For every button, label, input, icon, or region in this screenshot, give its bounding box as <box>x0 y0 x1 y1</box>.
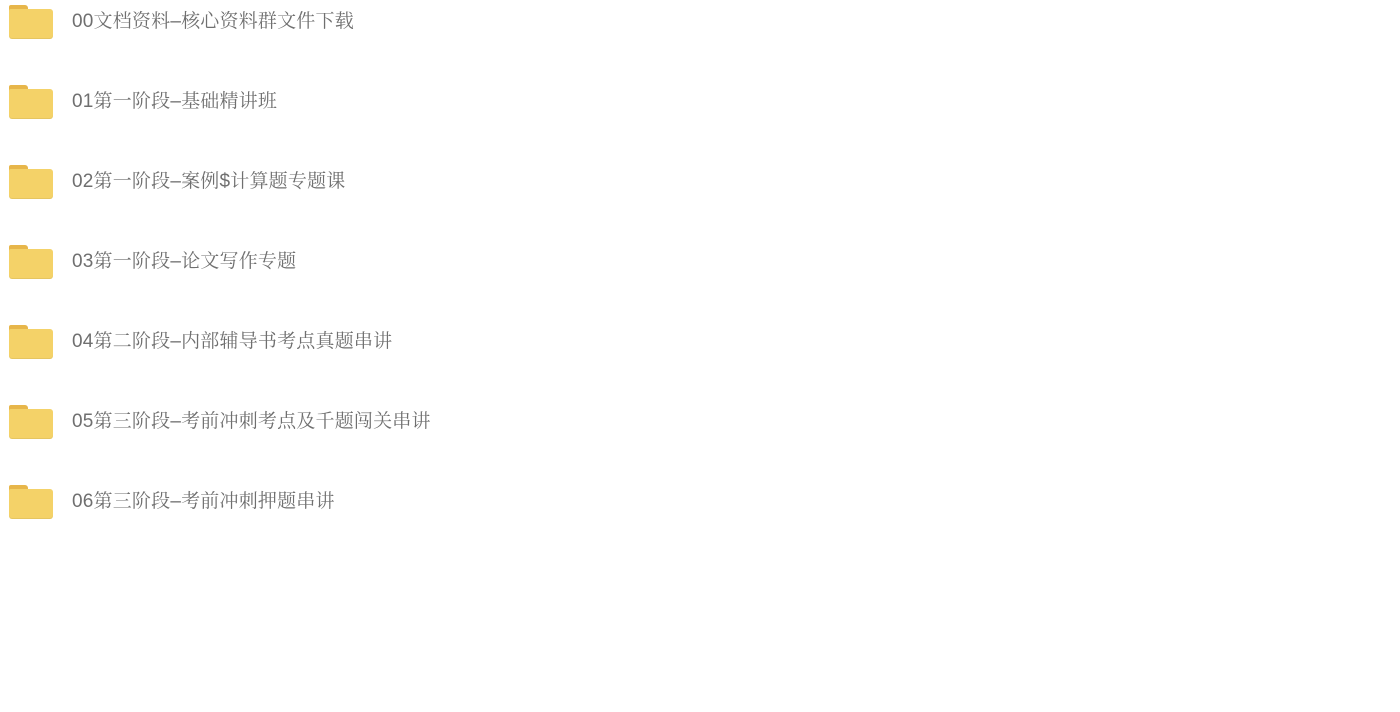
folder-icon-body <box>9 489 53 519</box>
folder-name: 04第二阶段–内部辅导书考点真题串讲 <box>72 325 392 359</box>
folder-icon <box>9 5 53 39</box>
folder-row-content: 05第三阶段–考前冲刺考点及千题闯关串讲 <box>9 405 431 439</box>
folder-row[interactable]: 03第一阶段–论文写作专题 <box>9 245 1400 325</box>
folder-row-content: 06第三阶段–考前冲刺押题串讲 <box>9 485 335 519</box>
folder-icon-body <box>9 89 53 119</box>
folder-row-content: 02第一阶段–案例$计算题专题课 <box>9 165 345 199</box>
folder-name: 01第一阶段–基础精讲班 <box>72 85 277 119</box>
file-list: 00文档资料–核心资料群文件下载 01第一阶段–基础精讲班 02第一阶段–案例$… <box>0 0 1400 565</box>
folder-icon <box>9 325 53 359</box>
folder-icon <box>9 245 53 279</box>
folder-row[interactable]: 02第一阶段–案例$计算题专题课 <box>9 165 1400 245</box>
folder-icon <box>9 165 53 199</box>
folder-row-content: 00文档资料–核心资料群文件下载 <box>9 5 354 39</box>
folder-icon-body <box>9 249 53 279</box>
folder-name: 02第一阶段–案例$计算题专题课 <box>72 165 345 199</box>
folder-row-content: 01第一阶段–基础精讲班 <box>9 85 277 119</box>
folder-row[interactable]: 04第二阶段–内部辅导书考点真题串讲 <box>9 325 1400 405</box>
folder-icon-body <box>9 9 53 39</box>
folder-row[interactable]: 06第三阶段–考前冲刺押题串讲 <box>9 485 1400 565</box>
folder-row[interactable]: 00文档资料–核心资料群文件下载 <box>9 5 1400 85</box>
folder-icon <box>9 405 53 439</box>
folder-name: 06第三阶段–考前冲刺押题串讲 <box>72 485 335 519</box>
folder-name: 05第三阶段–考前冲刺考点及千题闯关串讲 <box>72 405 431 439</box>
folder-name: 00文档资料–核心资料群文件下载 <box>72 5 354 39</box>
folder-icon-body <box>9 169 53 199</box>
folder-row[interactable]: 01第一阶段–基础精讲班 <box>9 85 1400 165</box>
folder-icon-body <box>9 409 53 439</box>
folder-row-content: 04第二阶段–内部辅导书考点真题串讲 <box>9 325 392 359</box>
folder-name: 03第一阶段–论文写作专题 <box>72 245 296 279</box>
folder-row-content: 03第一阶段–论文写作专题 <box>9 245 296 279</box>
folder-icon <box>9 485 53 519</box>
folder-icon-body <box>9 329 53 359</box>
folder-icon <box>9 85 53 119</box>
folder-row[interactable]: 05第三阶段–考前冲刺考点及千题闯关串讲 <box>9 405 1400 485</box>
